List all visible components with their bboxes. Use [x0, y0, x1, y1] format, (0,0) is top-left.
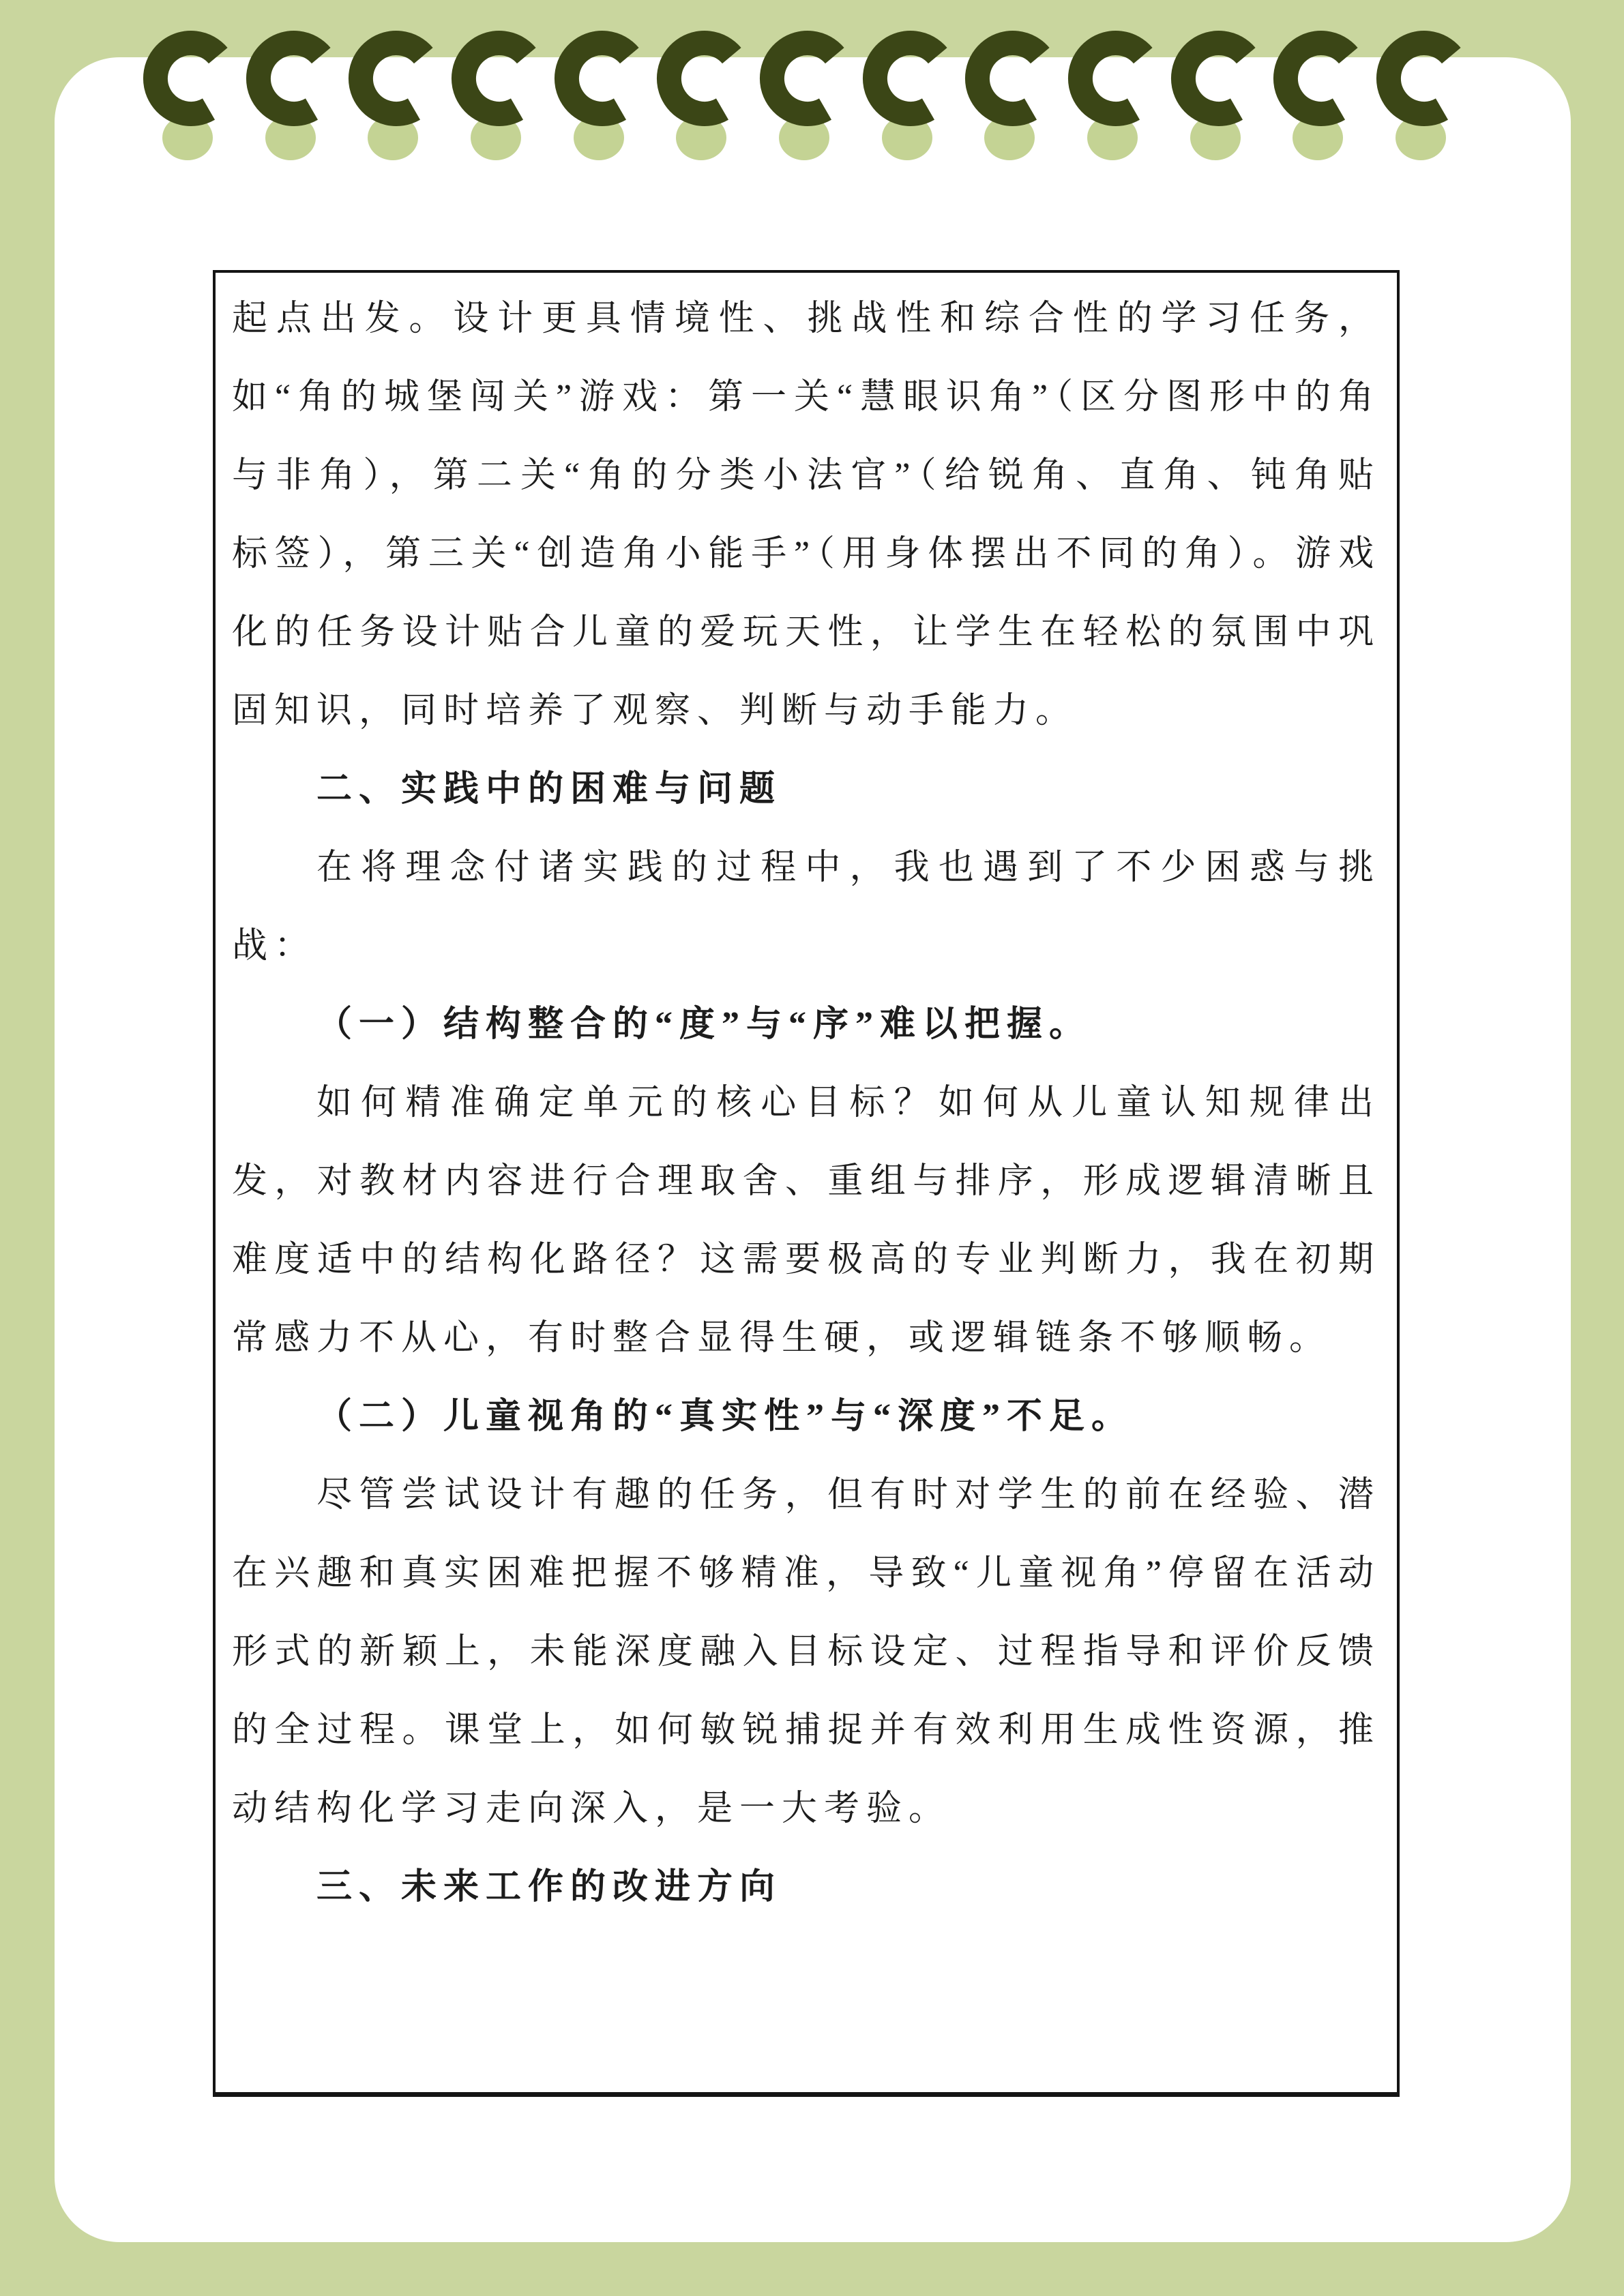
notebook-screenshot: { "page": { "background_color": "#c9d69e… — [0, 0, 1624, 2296]
subsection-heading-1: （一）结构整合的“度”与“序”难以把握。 — [232, 985, 1381, 1064]
binder-ring-icon — [448, 0, 550, 164]
binder-ring-icon — [1168, 0, 1270, 164]
document-text-box: 起点出发。设计更具情境性、挑战性和综合性的学习任务，如“角的城堡闯关”游戏：第一… — [213, 270, 1400, 2097]
section-heading-2: 二、实践中的困难与问题 — [232, 750, 1381, 829]
binder-ring-icon — [243, 0, 345, 164]
binder-ring-icon — [1373, 0, 1475, 164]
section-heading-3: 三、未来工作的改进方向 — [232, 1848, 1381, 1926]
binder-ring-icon — [345, 0, 447, 164]
paragraph: 尽管尝试设计有趣的任务，但有时对学生的前在经验、潜在兴趣和真实困难把握不够精准，… — [232, 1456, 1381, 1848]
paragraph-continuation: 起点出发。设计更具情境性、挑战性和综合性的学习任务，如“角的城堡闯关”游戏：第一… — [232, 280, 1381, 750]
paragraph: 如何精准确定单元的核心目标？如何从儿童认知规律出发，对教材内容进行合理取舍、重组… — [232, 1064, 1381, 1377]
binder-ring-icon — [962, 0, 1064, 164]
binder-ring-icon — [1270, 0, 1372, 164]
binder-ring-icon — [859, 0, 962, 164]
subsection-heading-2: （二）儿童视角的“真实性”与“深度”不足。 — [232, 1377, 1381, 1456]
paragraph: 在将理念付诸实践的过程中，我也遇到了不少困惑与挑战： — [232, 829, 1381, 985]
binder-ring-icon — [756, 0, 859, 164]
binder-ring-icon — [140, 0, 242, 164]
binder-ring-icon — [551, 0, 653, 164]
binder-rings — [140, 0, 1475, 164]
binder-ring-icon — [1065, 0, 1167, 164]
binder-ring-icon — [653, 0, 756, 164]
